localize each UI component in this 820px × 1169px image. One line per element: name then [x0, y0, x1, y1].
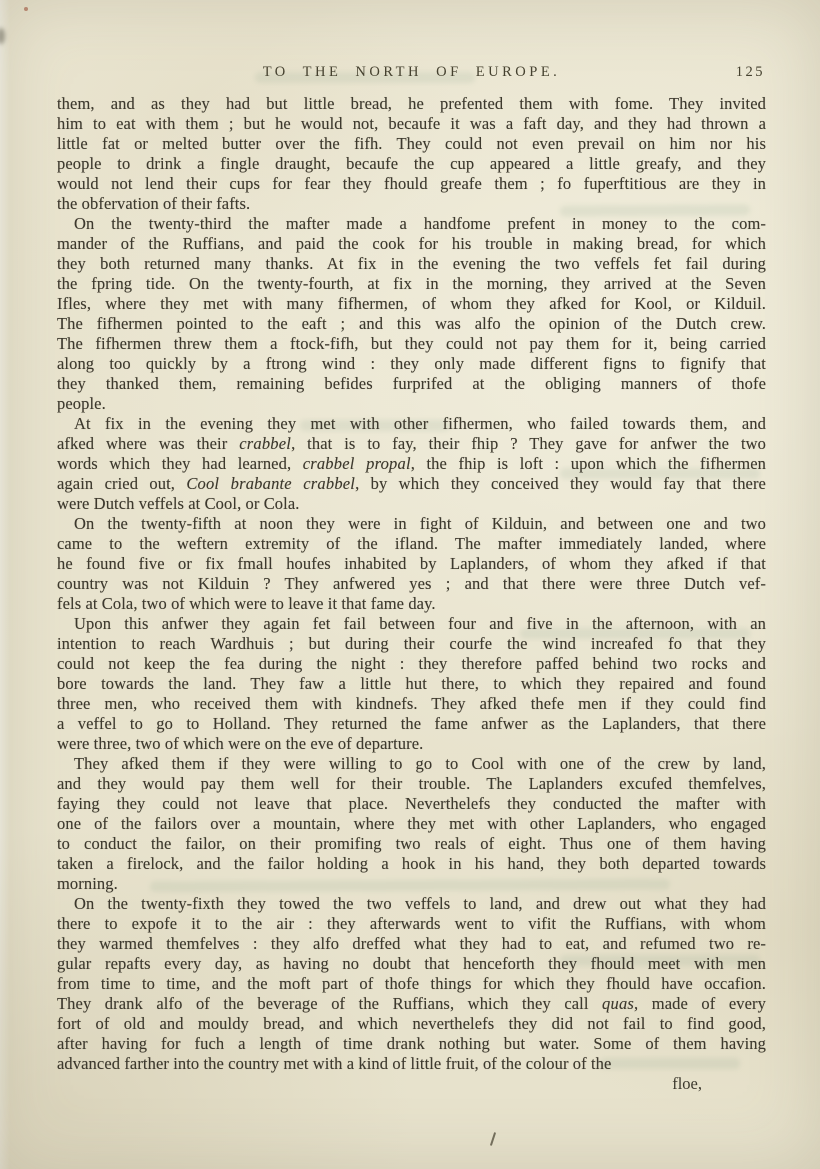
running-title: TO THE NORTH OF EUROPE. [57, 64, 766, 81]
text-line: advanced farther into the country met wi… [57, 1054, 766, 1074]
text-line: They drank alfo of the beverage of the R… [57, 994, 766, 1014]
text-line: again cried out, Cool brabante crabbel, … [57, 474, 766, 494]
text-line: he found five or fix fmall houfes inhabi… [57, 554, 766, 574]
page-header: TO THE NORTH OF EUROPE. 125 [57, 64, 766, 86]
text-line: gular repafts every day, as having no do… [57, 954, 766, 974]
paragraph: Upon this anfwer they again fet fail bet… [57, 614, 766, 754]
text-line: The fifhermen threw them a ftock-fifh, b… [57, 334, 766, 354]
text-line: people. [57, 394, 766, 414]
text-line: Upon this anfwer they again fet fail bet… [57, 614, 766, 634]
text-line: people to drink a fingle draught, becauf… [57, 154, 766, 174]
text-line: and they would pay them well for their t… [57, 774, 766, 794]
paragraph: They afked them if they were willing to … [57, 754, 766, 894]
text-line: three men, who received them with kindne… [57, 694, 766, 714]
text-line: morning. [57, 874, 766, 894]
catchword: floe, [57, 1074, 766, 1094]
text-line: the fpring tide. On the twenty-fourth, a… [57, 274, 766, 294]
text-line: would not lend their cups for fear they … [57, 174, 766, 194]
text-line: At fix in the evening they met with othe… [57, 414, 766, 434]
text-line: little fat or melted butter over the fif… [57, 134, 766, 154]
text-line: On the twenty-third the mafter made a ha… [57, 214, 766, 234]
text-line: they both returned many thanks. At fix i… [57, 254, 766, 274]
text-line: they thanked them, remaining befides fur… [57, 374, 766, 394]
text-line: there to expofe it to the air : they aft… [57, 914, 766, 934]
text-line: On the twenty-fifth at noon they were in… [57, 514, 766, 534]
text-line: fort of old and mouldy bread, and which … [57, 1014, 766, 1034]
text-line: after having for fuch a length of time d… [57, 1034, 766, 1054]
text-line: They afked them if they were willing to … [57, 754, 766, 774]
paragraph: them, and as they had but little bread, … [57, 94, 766, 214]
stray-ink-mark [490, 1132, 496, 1146]
text-line: fels at Cola, two of which were to leave… [57, 594, 766, 614]
text-line: were Dutch veffels at Cool, or Cola. [57, 494, 766, 514]
text-line: On the twenty-fixth they towed the two v… [57, 894, 766, 914]
page-number: 125 [736, 64, 765, 81]
text-line: to conduct the failor, on their promifin… [57, 834, 766, 854]
text-line: afked where was their crabbel, that is t… [57, 434, 766, 454]
text-line: faying they could not leave that place. … [57, 794, 766, 814]
paragraph: On the twenty-third the mafter made a ha… [57, 214, 766, 414]
text-line: from time to time, and the moft part of … [57, 974, 766, 994]
text-line: one of the failors over a mountain, wher… [57, 814, 766, 834]
text-line: could not keep the fea during the night … [57, 654, 766, 674]
text-line: country was not Kilduin ? They anfwered … [57, 574, 766, 594]
text-line: him to eat with them ; but he would not,… [57, 114, 766, 134]
text-line: taken a firelock, and the failor holding… [57, 854, 766, 874]
text-line: were three, two of which were on the eve… [57, 734, 766, 754]
text-line: intention to reach Wardhuis ; but during… [57, 634, 766, 654]
text-line: Ifles, where they met with many fifherme… [57, 294, 766, 314]
text-line: mander of the Ruffians, and paid the coo… [57, 234, 766, 254]
body-text: them, and as they had but little bread, … [57, 94, 766, 1074]
paragraph: On the twenty-fixth they towed the two v… [57, 894, 766, 1074]
text-block: TO THE NORTH OF EUROPE. 125 them, and as… [57, 64, 766, 1094]
text-line: them, and as they had but little bread, … [57, 94, 766, 114]
text-line: along too quickly by a ftrong wind : the… [57, 354, 766, 374]
paragraph: On the twenty-fifth at noon they were in… [57, 514, 766, 614]
text-line: they warmed themfelves : they alfo dreff… [57, 934, 766, 954]
edge-smudge [0, 28, 5, 44]
text-line: a veffel to go to Holland. They returned… [57, 714, 766, 734]
text-line: came to the weftern extremity of the ifl… [57, 534, 766, 554]
text-line: words which they had learned, crabbel pr… [57, 454, 766, 474]
text-line: the obfervation of their fafts. [57, 194, 766, 214]
text-line: bore towards the land. They faw a little… [57, 674, 766, 694]
text-line: The fifhermen pointed to the eaft ; and … [57, 314, 766, 334]
scanned-book-page: { "document": { "header": { "running_tit… [0, 0, 820, 1169]
paragraph: At fix in the evening they met with othe… [57, 414, 766, 514]
paper-speck [24, 7, 28, 11]
